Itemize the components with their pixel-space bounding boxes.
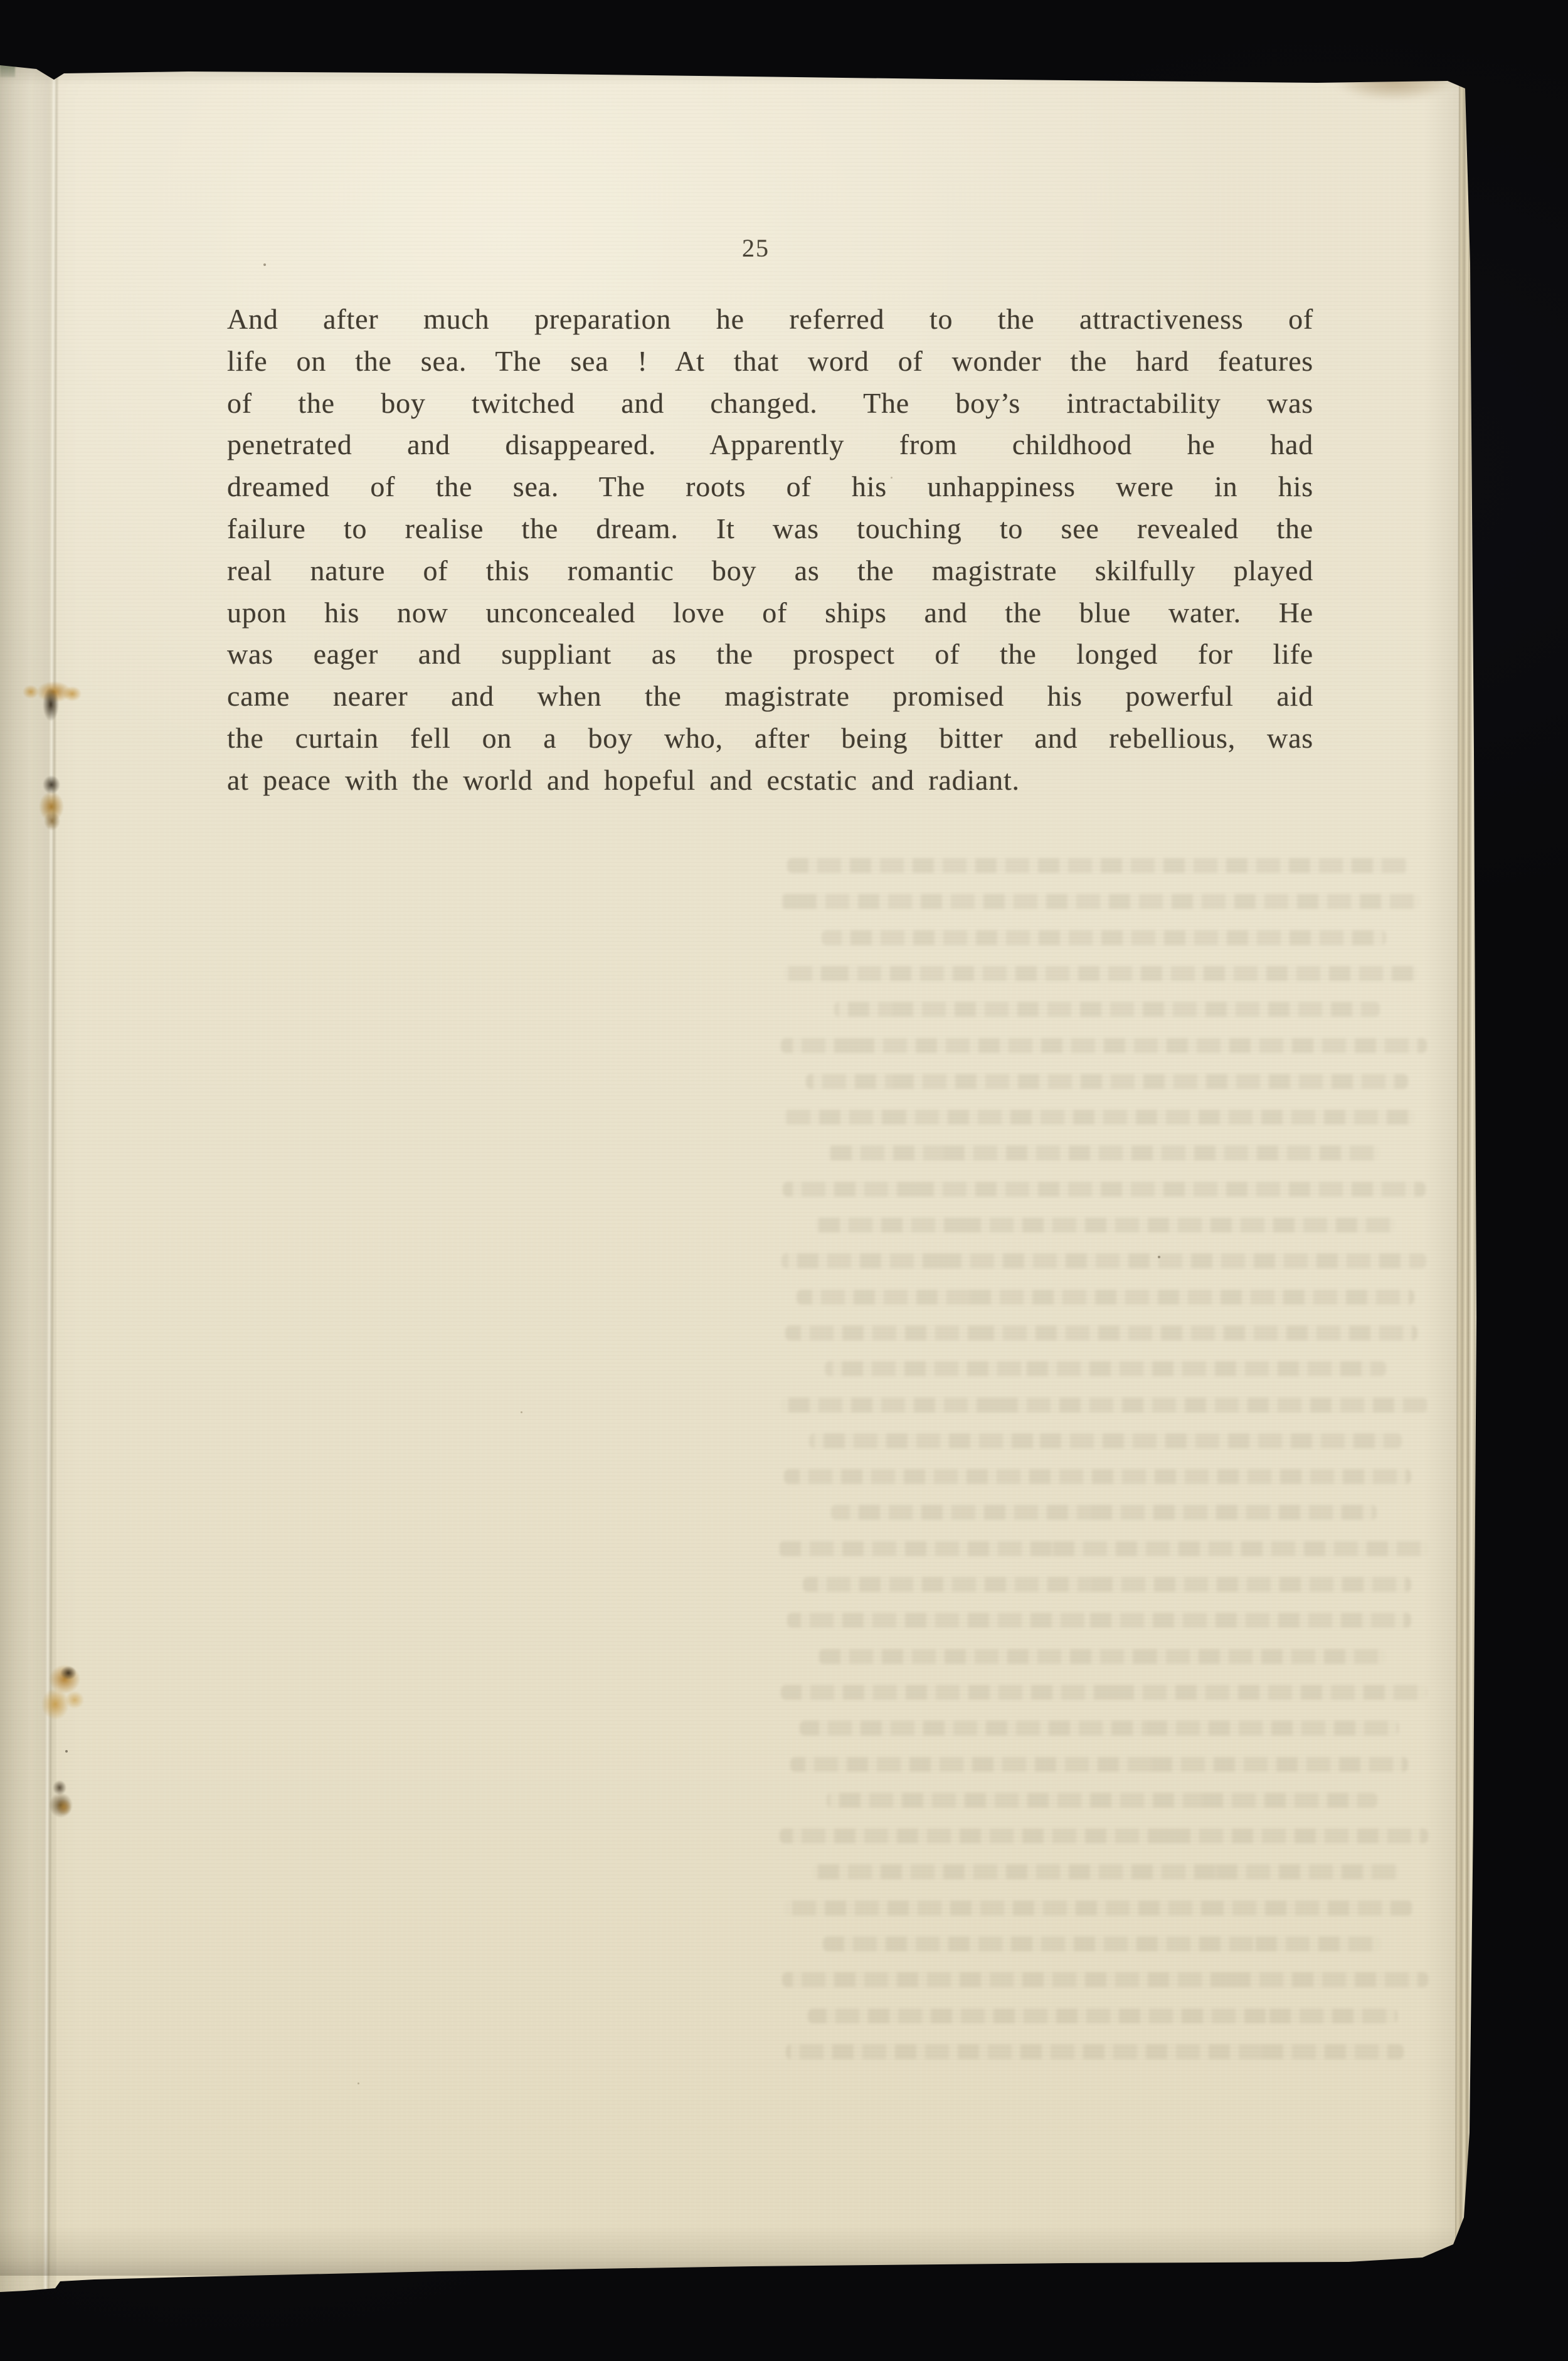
- text-line: the curtain fell on a boy who, after bei…: [227, 718, 1313, 760]
- top-edge-shadow: [0, 63, 1480, 85]
- ghost-line: [827, 1793, 1377, 1808]
- ghost-line: [787, 1613, 1411, 1628]
- text-line: at peace with the world and hopeful and …: [227, 760, 1313, 802]
- paper-speck: [65, 1750, 68, 1753]
- text-line: upon his now unconcealed love of ships a…: [227, 592, 1313, 634]
- fore-edge-page-stack: [1455, 83, 1478, 2248]
- ghost-line: [790, 1757, 1408, 1772]
- book-page: 25 And after much preparation he referre…: [0, 0, 1568, 2361]
- ghost-line: [825, 1361, 1386, 1376]
- paper-speck: [263, 263, 266, 266]
- rust-stain: [44, 1780, 83, 1824]
- ghost-line: [823, 1936, 1381, 1951]
- paper-speck: [358, 2082, 359, 2084]
- ghost-line: [781, 894, 1421, 909]
- text-line: real nature of this romantic boy as the …: [227, 550, 1313, 592]
- text-line: dreamed of the sea. The roots of his unh…: [227, 466, 1313, 508]
- text-line: failure to realise the dream. It was tou…: [227, 508, 1313, 550]
- ghost-line: [784, 1110, 1414, 1125]
- ghost-line: [785, 1325, 1417, 1340]
- ghost-line: [803, 1577, 1411, 1592]
- ghost-line: [809, 1433, 1402, 1448]
- ghost-line: [782, 1972, 1428, 1987]
- paper-speck: [1158, 1256, 1160, 1258]
- rust-stain: [35, 1663, 98, 1732]
- bottom-edge-shadow: [0, 2226, 1480, 2276]
- ghost-line: [812, 1864, 1399, 1879]
- corner-stain: [1335, 64, 1454, 100]
- text-line: of the boy twitched and changed. The boy…: [227, 383, 1313, 425]
- ghost-line: [784, 1469, 1411, 1484]
- text-line: life on the sea. The sea ! At that word …: [227, 341, 1313, 383]
- ghost-line: [822, 930, 1386, 945]
- ghost-line: [800, 1721, 1399, 1736]
- scan-background: 25 And after much preparation he referre…: [0, 0, 1568, 2361]
- ghost-line: [786, 2044, 1404, 2059]
- page-number: 25: [213, 233, 1298, 263]
- ghost-line: [808, 2008, 1397, 2024]
- paragraph: And after much preparation he referred t…: [227, 299, 1313, 802]
- ghost-line: [781, 1038, 1427, 1053]
- ghost-line: [784, 1901, 1412, 1916]
- ghost-line: [834, 1002, 1380, 1017]
- ghost-line: [797, 1290, 1414, 1305]
- ghost-line: [806, 1074, 1408, 1089]
- ghost-line: [787, 858, 1408, 873]
- ghost-line: [828, 1145, 1380, 1160]
- text-line: And after much preparation he referred t…: [227, 299, 1313, 341]
- text-line: penetrated and disappeared. Apparently f…: [227, 424, 1313, 466]
- paper-speck: [891, 477, 893, 479]
- ghost-line: [818, 1649, 1386, 1664]
- ghost-line: [831, 1505, 1377, 1520]
- text-line: was eager and suppliant as the prospect …: [227, 634, 1313, 676]
- rust-stain: [34, 775, 74, 833]
- rust-stain: [21, 676, 87, 730]
- ghost-line: [815, 1218, 1396, 1233]
- ghost-line: [780, 1398, 1428, 1413]
- text-line: came nearer and when the magistrate prom…: [227, 676, 1313, 718]
- ghost-line: [779, 1541, 1429, 1556]
- ghost-line: [783, 1182, 1426, 1197]
- paper-speck: [521, 1411, 522, 1413]
- binding-sliver: [0, 62, 15, 77]
- ghost-line: [781, 1685, 1427, 1700]
- ghost-line: [781, 1253, 1426, 1268]
- ghost-line: [784, 966, 1417, 981]
- ghost-line: [780, 1828, 1428, 1844]
